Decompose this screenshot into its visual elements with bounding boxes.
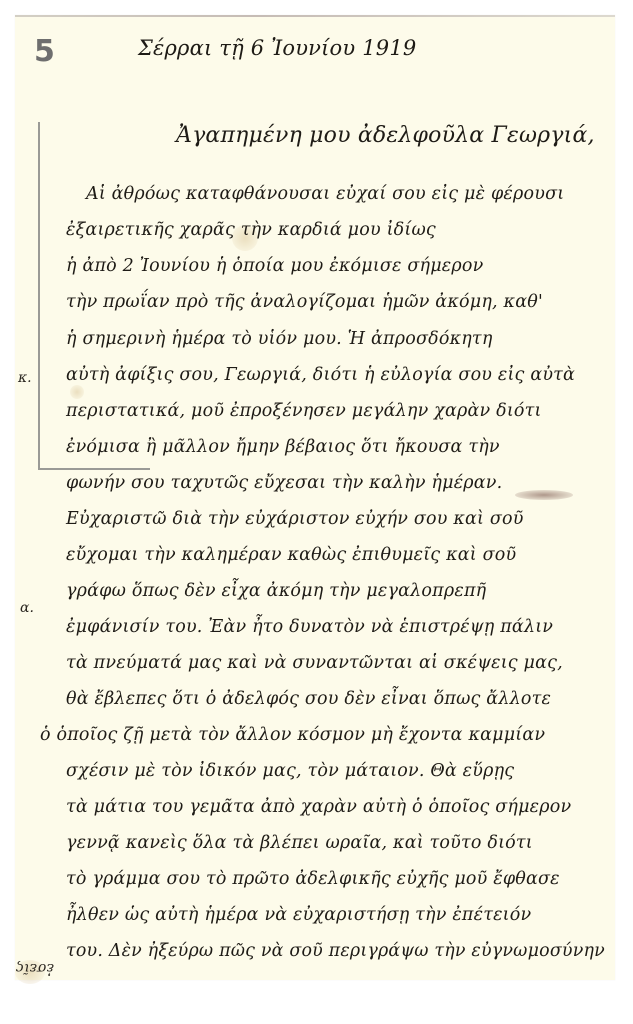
margin-note: α. xyxy=(20,600,34,616)
letter-line: εὔχομαι τὴν καλημέραν καθὼς ἐπιθυμεῖς κα… xyxy=(66,545,516,565)
pencil-bracket-horizontal xyxy=(38,468,150,470)
letter-line: Αἱ ἀθρόως καταφθάνουσαι εὐχαί σου εἰς μὲ… xyxy=(86,184,564,204)
letter-line: του. Δὲν ἠξεύρω πῶς νὰ σοῦ περιγράψω τὴν… xyxy=(66,941,605,961)
letter-line: φωνήν σου ταχυτῶς εὔχεσαι τὴν καλὴν ἡμέρ… xyxy=(66,473,502,493)
letter-line: ἡ ἀπὸ 2 Ἰουνίου ἡ ὁποία μου ἐκόμισε σήμε… xyxy=(66,256,483,276)
letter-line: τὸ γράμμα σου τὸ πρῶτο ἀδελφικῆς εὐχῆς μ… xyxy=(66,869,560,889)
letter-line: θὰ ἔβλεπες ὅτι ὁ ἀδελφός σου δὲν εἶναι ὅ… xyxy=(66,689,551,709)
margin-note: κ. xyxy=(18,370,32,386)
pencil-bracket-vertical xyxy=(38,122,40,470)
letter-line: ἦλθεν ὡς αὐτὴ ἡμέρα νὰ εὐχαριστήσῃ τὴν ἐ… xyxy=(66,905,531,925)
letter-line: αὐτὴ ἀφίξις σου, Γεωργιά, διότι ἡ εὐλογί… xyxy=(66,365,575,385)
letter-line: ἐμφάνισίν του. Ἐὰν ἦτο δυνατὸν νὰ ἑπιστρ… xyxy=(66,617,553,637)
letter-line: τὴν πρωΐαν πρὸ τῆς ἀναλογίζομαι ἡμῶν ἀκό… xyxy=(66,292,543,312)
letter-line: γράφω ὅπως δὲν εἶχα ἀκόμη τὴν μεγαλοπρεπ… xyxy=(66,581,486,601)
margin-note: ἐσεῖς xyxy=(16,960,54,976)
letter-line: τὰ μάτια του γεμᾶτα ἀπὸ χαρὰν αὐτὴ ὁ ὁπο… xyxy=(66,797,571,817)
paper-stain xyxy=(70,385,84,399)
page-number: 5 xyxy=(34,37,55,67)
letter-line: ἐνόμισα ἢ μᾶλλον ἤμην βέβαιος ὅτι ἤκουσα… xyxy=(66,437,500,457)
letter-line: ἡ σημερινὴ ἡμέρα τὸ υἱόν μου. Ἡ ἀπροσδόκ… xyxy=(66,329,493,349)
letter-line: ἐξαιρετικῆς χαρᾶς τὴν καρδιά μου ἰδίως xyxy=(66,220,436,240)
letter-line: τὰ πνεύματά μας καὶ νὰ συναντῶνται αἱ σκ… xyxy=(66,653,563,673)
salutation: Ἀγαπημένη μου ἀδελφοῦλα Γεωργιά, xyxy=(176,123,595,148)
letter-line: ὁ ὁποῖος ζῇ μετὰ τὸν ἄλλον κόσμον μὴ ἔχο… xyxy=(40,725,545,745)
letter-line: περιστατικά, μοῦ ἐπροξένησεν μεγάλην χαρ… xyxy=(66,401,542,421)
paper-top-edge xyxy=(15,15,615,17)
date-line: Σέρραι τῇ 6 Ἰουνίου 1919 xyxy=(138,36,417,60)
letter-line: σχέσιν μὲ τὸν ἰδικόν μας, τὸν μάταιον. Θ… xyxy=(66,761,514,781)
ink-smudge xyxy=(515,490,573,500)
letter-line: γεννᾷ κανεὶς ὅλα τὰ βλέπει ωραῖα, καὶ το… xyxy=(66,833,533,853)
letter-line: Εὐχαριστῶ διὰ τὴν εὐχάριστον εὐχήν σου κ… xyxy=(66,509,524,529)
